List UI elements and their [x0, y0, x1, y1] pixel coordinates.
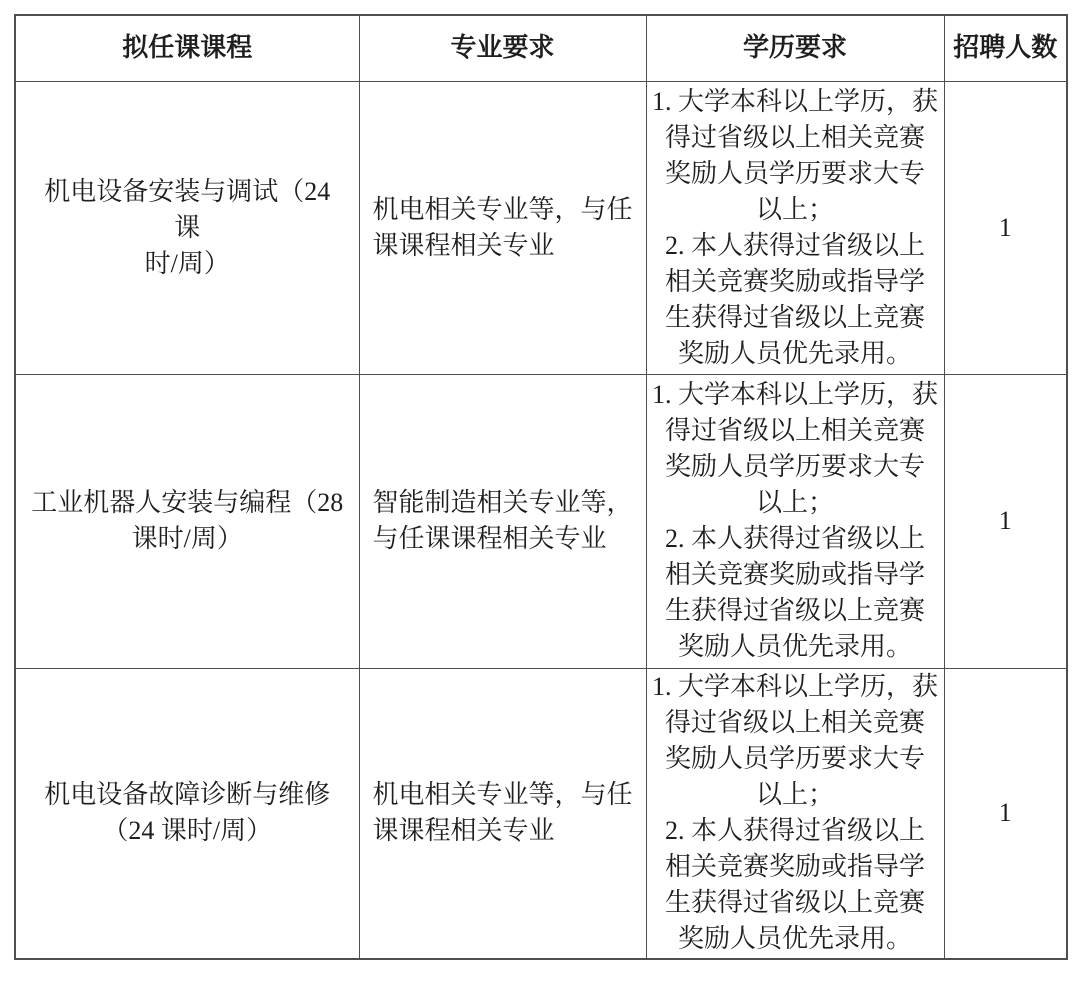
education-requirement-cell: 1. 大学本科以上学历，获 得过省级以上相关竞赛 奖励人员学历要求大专 以上； … [646, 668, 944, 959]
recruitment-requirements-table: 拟任课课程 专业要求 学历要求 招聘人数 机电设备安装与调试（24 课 时/周）… [14, 14, 1068, 960]
major-requirement-cell: 机电相关专业等，与任 课课程相关专业 [359, 668, 646, 959]
header-major-requirement: 专业要求 [359, 15, 646, 81]
course-cell: 机电设备故障诊断与维修 （24 课时/周） [15, 668, 359, 959]
major-requirement-cell: 机电相关专业等，与任 课课程相关专业 [359, 81, 646, 374]
education-requirement-cell: 1. 大学本科以上学历，获 得过省级以上相关竞赛 奖励人员学历要求大专 以上； … [646, 374, 944, 668]
header-headcount: 招聘人数 [944, 15, 1067, 81]
course-cell: 机电设备安装与调试（24 课 时/周） [15, 81, 359, 374]
table-header-row: 拟任课课程 专业要求 学历要求 招聘人数 [15, 15, 1067, 81]
headcount-cell: 1 [944, 374, 1067, 668]
header-course: 拟任课课程 [15, 15, 359, 81]
headcount-cell: 1 [944, 81, 1067, 374]
major-requirement-cell: 智能制造相关专业等， 与任课课程相关专业 [359, 374, 646, 668]
course-cell: 工业机器人安装与编程（28 课时/周） [15, 374, 359, 668]
table-row: 机电设备安装与调试（24 课 时/周） 机电相关专业等，与任 课课程相关专业 1… [15, 81, 1067, 374]
header-education-requirement: 学历要求 [646, 15, 944, 81]
table-row: 工业机器人安装与编程（28 课时/周） 智能制造相关专业等， 与任课课程相关专业… [15, 374, 1067, 668]
headcount-cell: 1 [944, 668, 1067, 959]
table-row: 机电设备故障诊断与维修 （24 课时/周） 机电相关专业等，与任 课课程相关专业… [15, 668, 1067, 959]
education-requirement-cell: 1. 大学本科以上学历，获 得过省级以上相关竞赛 奖励人员学历要求大专 以上； … [646, 81, 944, 374]
